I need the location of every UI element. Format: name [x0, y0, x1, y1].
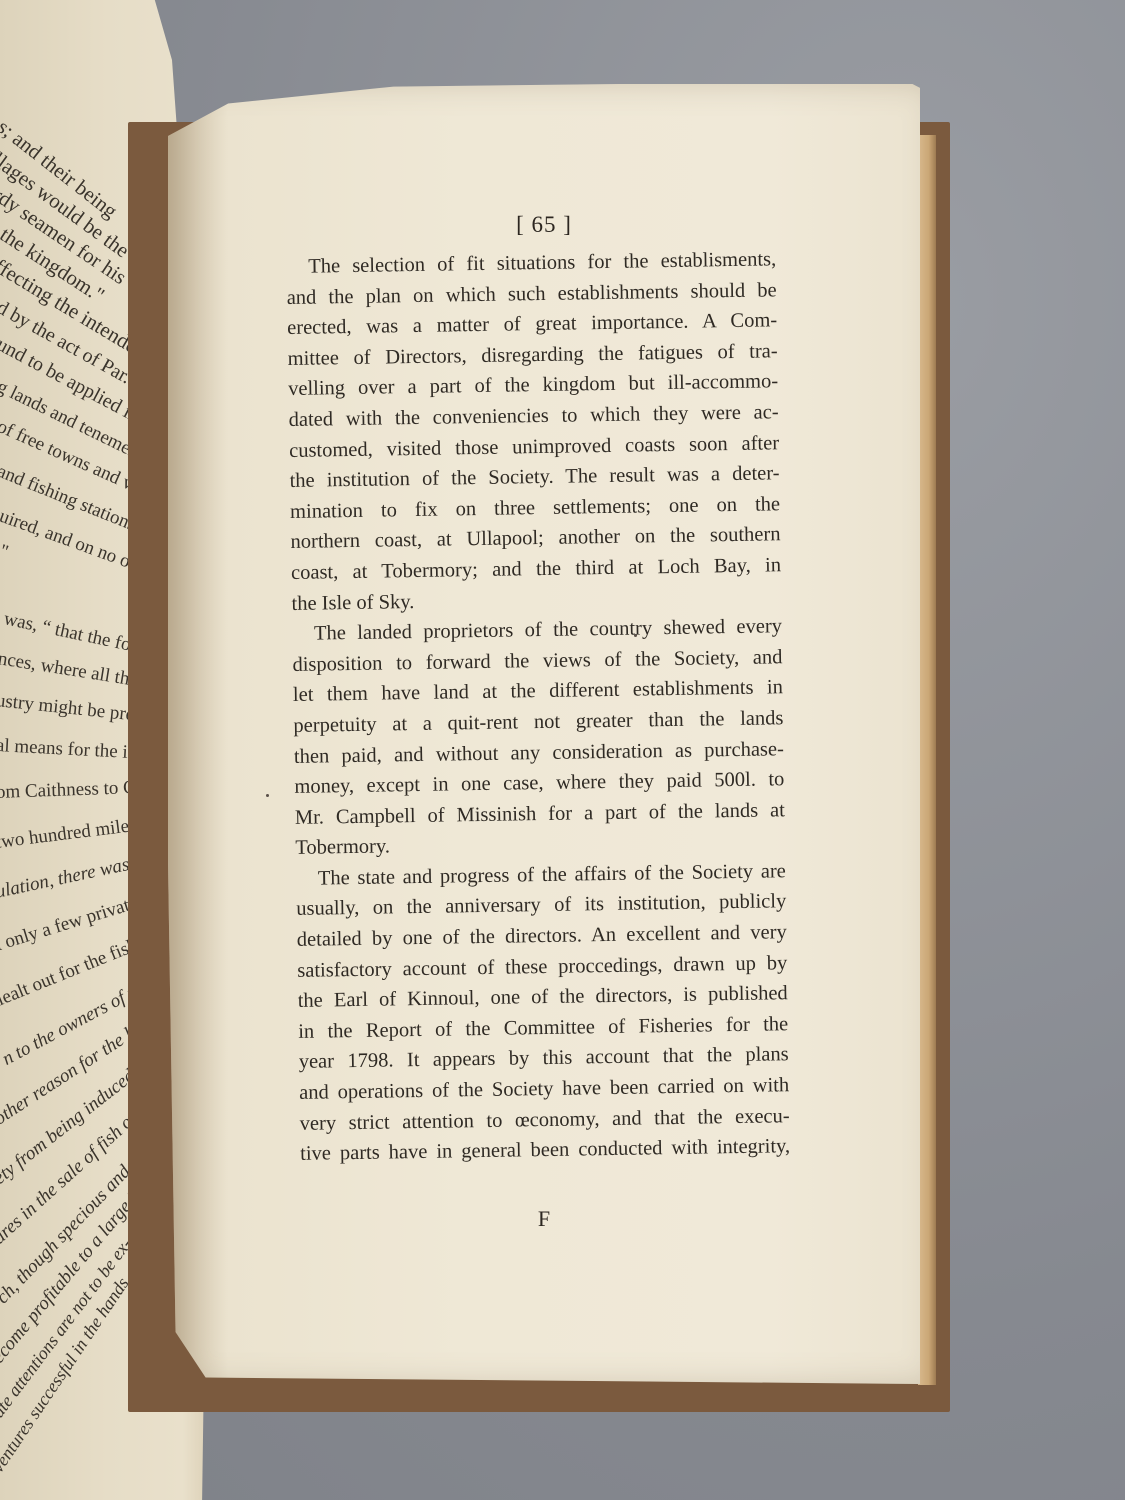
paragraph-3: The state and progress of the affairs of…	[296, 856, 791, 1170]
signature-mark: F	[168, 1206, 920, 1232]
left-line: "	[0, 541, 11, 564]
page-body-text: The selection of fit situations for the …	[286, 244, 790, 1169]
paragraph-2: The landed proprietors of the country sh…	[292, 611, 786, 863]
paragraph-1: The selection of fit situations for the …	[286, 244, 782, 619]
right-book-page: [ 65 ] The selection of fit situations f…	[168, 84, 920, 1384]
text-line: tive parts have in general been conducte…	[300, 1131, 790, 1169]
paper-speck	[634, 634, 637, 637]
page-number: [ 65 ]	[168, 212, 920, 238]
page-edges	[918, 135, 936, 1385]
paper-speck	[266, 794, 269, 797]
